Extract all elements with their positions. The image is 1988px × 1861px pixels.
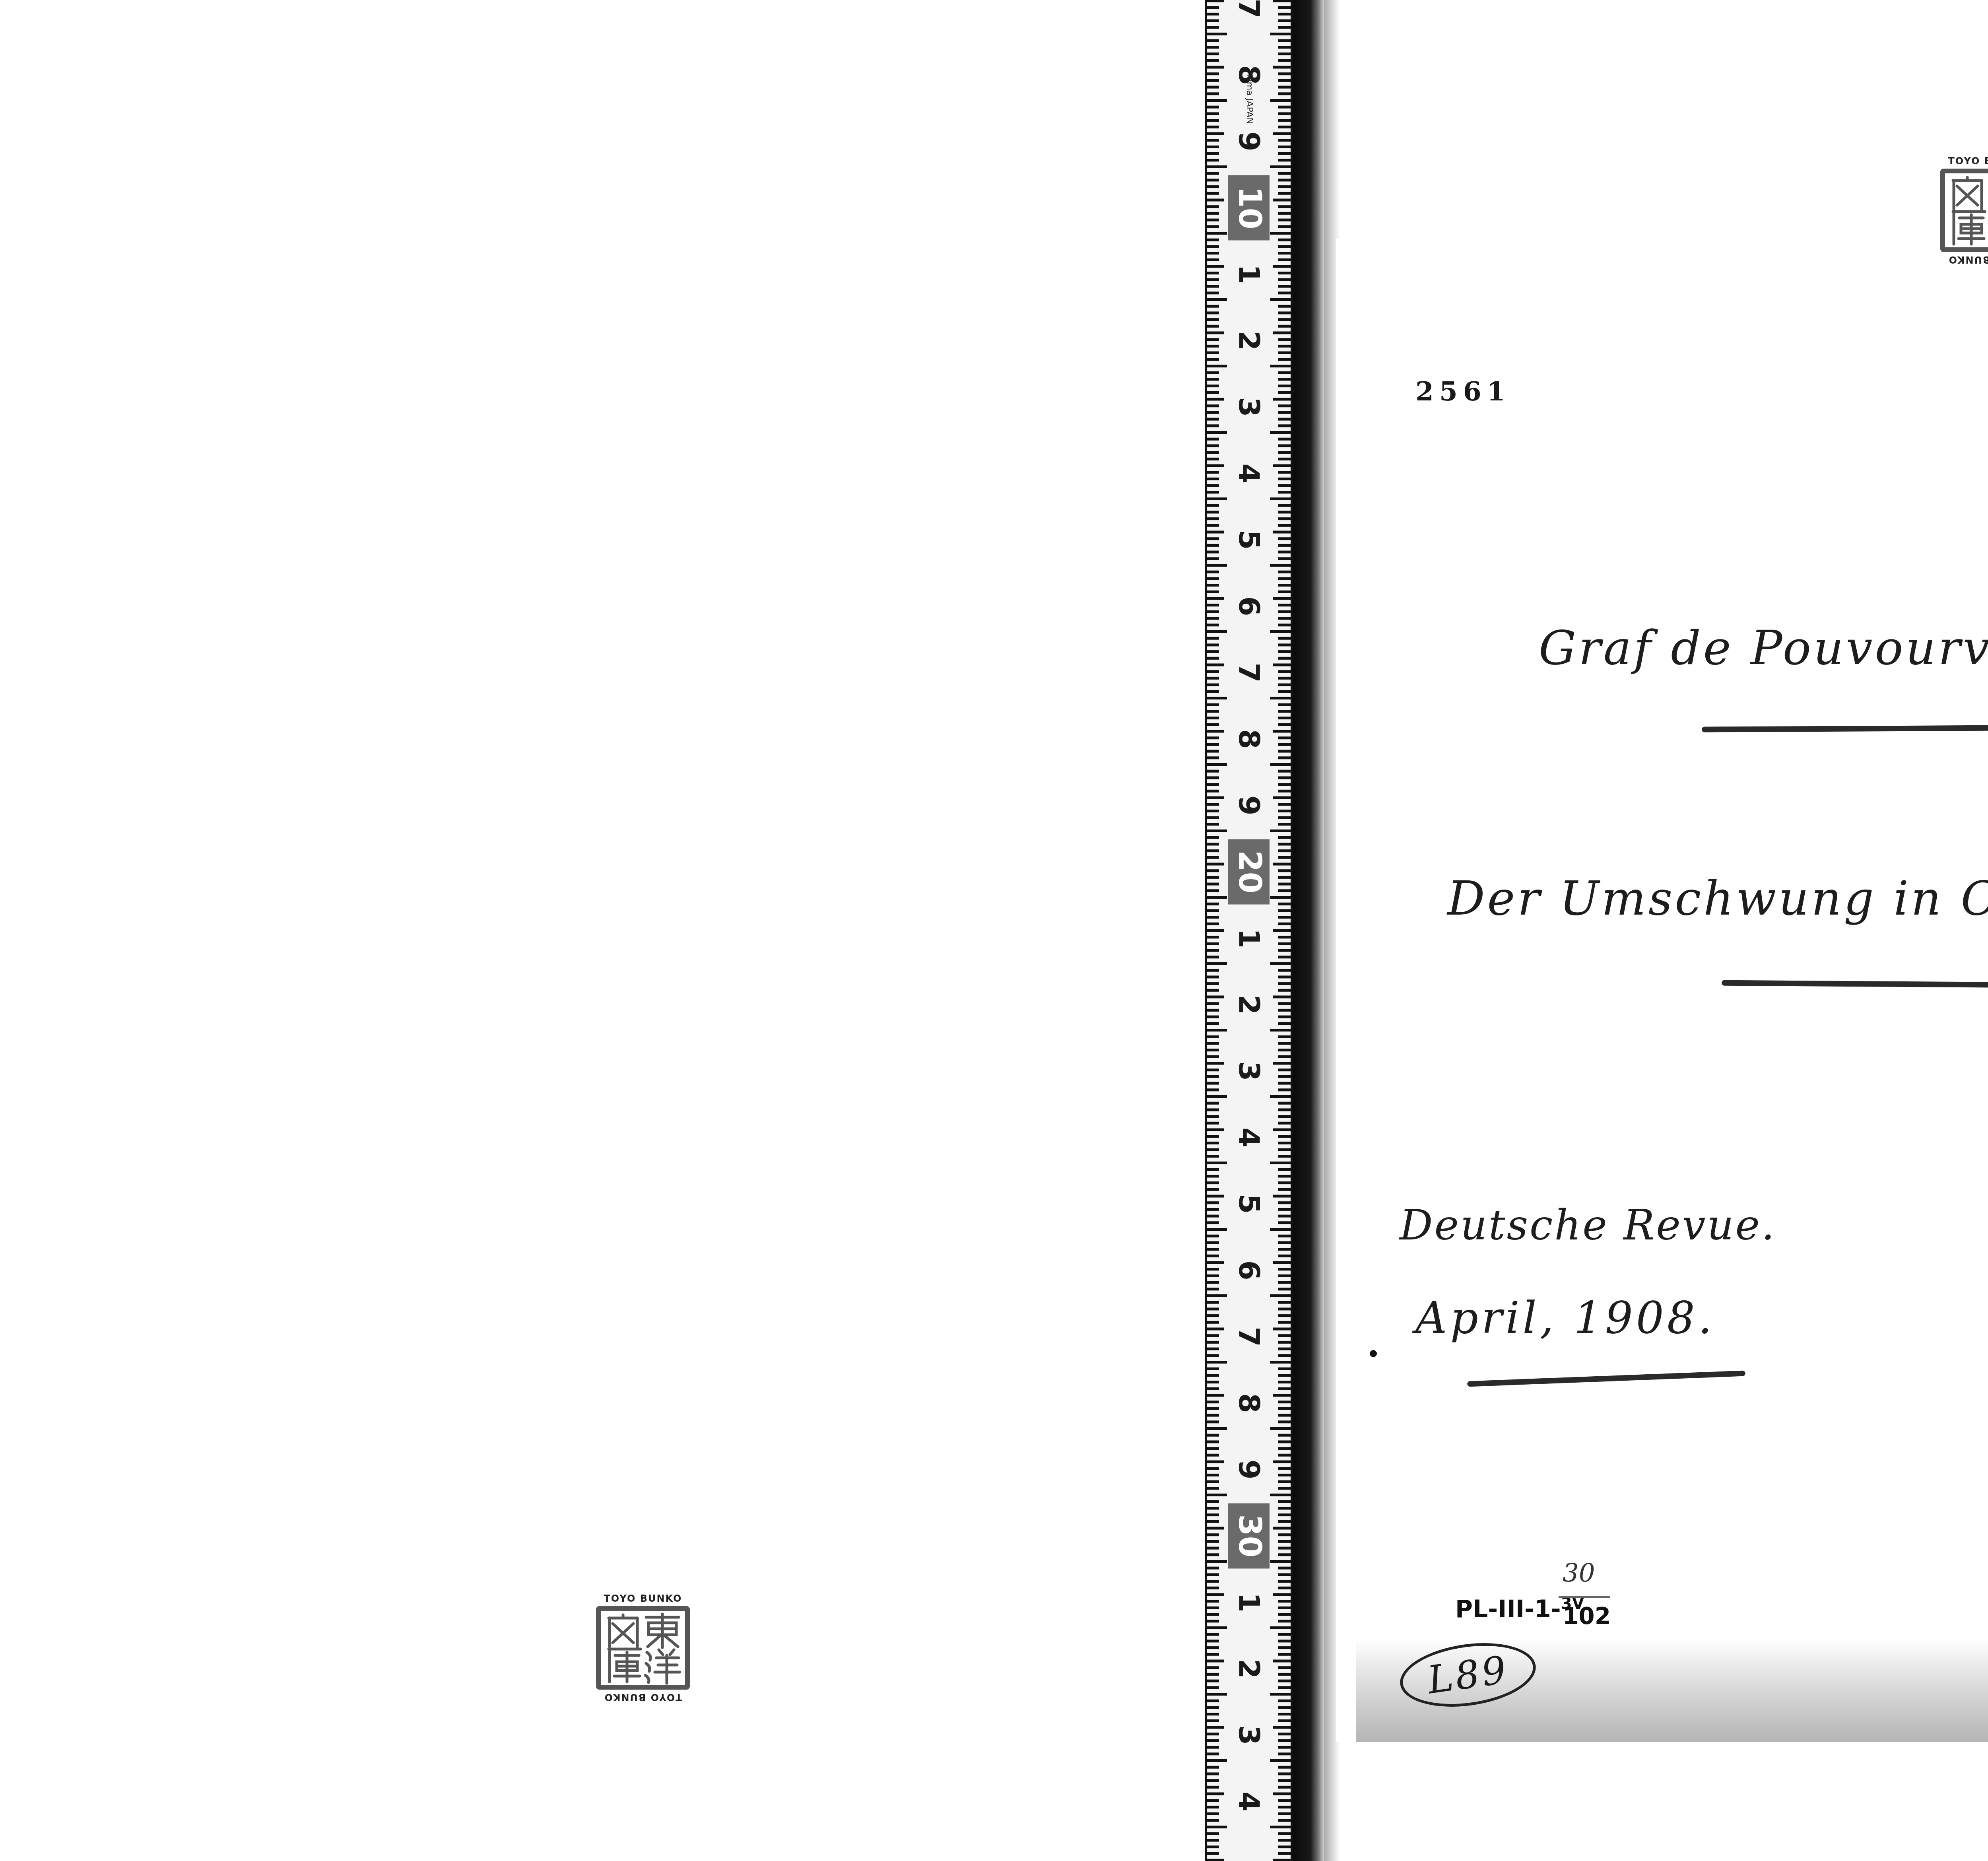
svg-text:5: 5 xyxy=(1233,530,1266,550)
left-blank-page: TOYO BUNKO TOYO BUNKO xyxy=(0,0,1205,1861)
shelfmark-text: PL-III-1- xyxy=(1455,1595,1561,1623)
accession-number: 2561 xyxy=(1415,376,1511,407)
book-spine-shadow xyxy=(1293,0,1325,1861)
document-cover-page xyxy=(1336,239,1988,1742)
svg-text:1: 1 xyxy=(1233,1592,1266,1612)
svg-text:8: 8 xyxy=(1233,729,1266,749)
stamp-label-top: TOYO BUNKO xyxy=(591,1593,695,1605)
seal-glyphs xyxy=(1945,173,1988,247)
svg-text:1: 1 xyxy=(1233,928,1266,948)
stamp-label-bottom: TOYO BUNKO xyxy=(591,1691,695,1703)
svg-text:9: 9 xyxy=(1233,795,1266,815)
svg-text:2: 2 xyxy=(1233,330,1266,350)
toyo-bunko-stamp-left: TOYO BUNKO TOYO BUNKO xyxy=(591,1593,695,1703)
svg-text:2: 2 xyxy=(1233,995,1266,1014)
svg-text:3: 3 xyxy=(1233,397,1266,417)
svg-text:7: 7 xyxy=(1233,1327,1266,1346)
svg-text:6: 6 xyxy=(1233,1260,1266,1280)
stamp-label-bottom: TOYO BUNKO xyxy=(1936,254,1988,266)
svg-text:6: 6 xyxy=(1233,596,1266,616)
svg-text:4: 4 xyxy=(1233,463,1266,483)
title-handwritten: Der Umschwung in China xyxy=(1447,871,1988,926)
journal-handwritten: Deutsche Revue. xyxy=(1400,1201,1776,1249)
svg-text:9: 9 xyxy=(1233,1459,1266,1479)
seal-glyphs xyxy=(601,1611,685,1685)
measuring-ruler: 7891012345678920123456789301234Tama JAPA… xyxy=(1205,0,1293,1861)
svg-text:3: 3 xyxy=(1233,1725,1266,1745)
svg-text:10: 10 xyxy=(1232,186,1268,229)
svg-text:20: 20 xyxy=(1232,850,1268,894)
author-handwritten: Graf de Pouvourville. xyxy=(1539,620,1988,675)
svg-text:7: 7 xyxy=(1233,662,1266,682)
svg-text:4: 4 xyxy=(1233,1791,1266,1811)
svg-text:9: 9 xyxy=(1233,131,1266,151)
ruler-scale: 7891012345678920123456789301234Tama JAPA… xyxy=(1207,0,1291,1861)
toyo-bunko-stamp-right: TOYO BUNKO TOYO BUNKO xyxy=(1936,155,1988,266)
svg-text:2: 2 xyxy=(1233,1659,1266,1678)
toyo-bunko-seal-icon xyxy=(596,1606,690,1690)
svg-text:30: 30 xyxy=(1232,1514,1268,1558)
fraction-numerator: 30 xyxy=(1563,1559,1595,1588)
svg-text:1: 1 xyxy=(1233,264,1266,284)
toyo-bunko-seal-icon xyxy=(1940,169,1988,252)
svg-text:7: 7 xyxy=(1233,0,1266,19)
date-handwritten: April, 1908. xyxy=(1415,1292,1715,1343)
fraction-bar xyxy=(1559,1596,1610,1598)
svg-text:Tama JAPAN: Tama JAPAN xyxy=(1244,72,1254,124)
svg-text:5: 5 xyxy=(1233,1194,1266,1214)
ink-dot xyxy=(1370,1350,1377,1357)
svg-text:3: 3 xyxy=(1233,1061,1266,1081)
fraction-denominator: 102 xyxy=(1563,1603,1611,1630)
stamp-label-top: TOYO BUNKO xyxy=(1936,155,1988,167)
svg-text:8: 8 xyxy=(1233,1393,1266,1413)
svg-text:4: 4 xyxy=(1233,1127,1266,1147)
